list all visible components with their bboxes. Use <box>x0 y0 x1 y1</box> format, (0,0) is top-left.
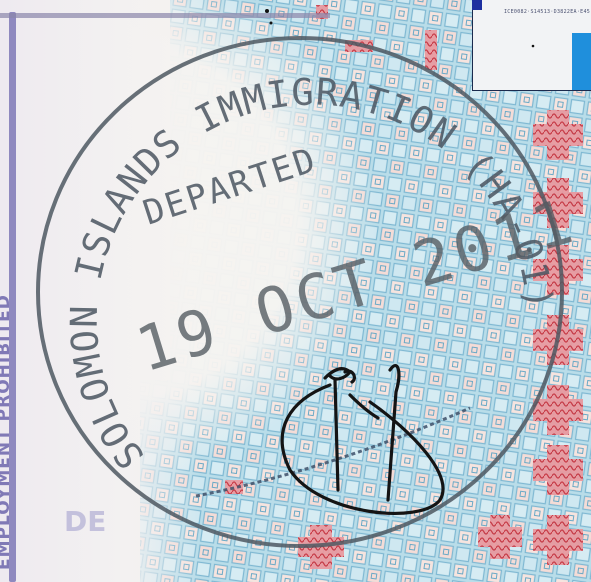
signature-scribble <box>282 366 443 514</box>
immigration-stamp: SOLOMON ISLANDS IMMIGRATION (HA-01) DEPA… <box>0 0 591 582</box>
passport-page-photo: EMPLOYMENT PROHIBITED DE ICE0082·S14513·… <box>0 0 591 582</box>
